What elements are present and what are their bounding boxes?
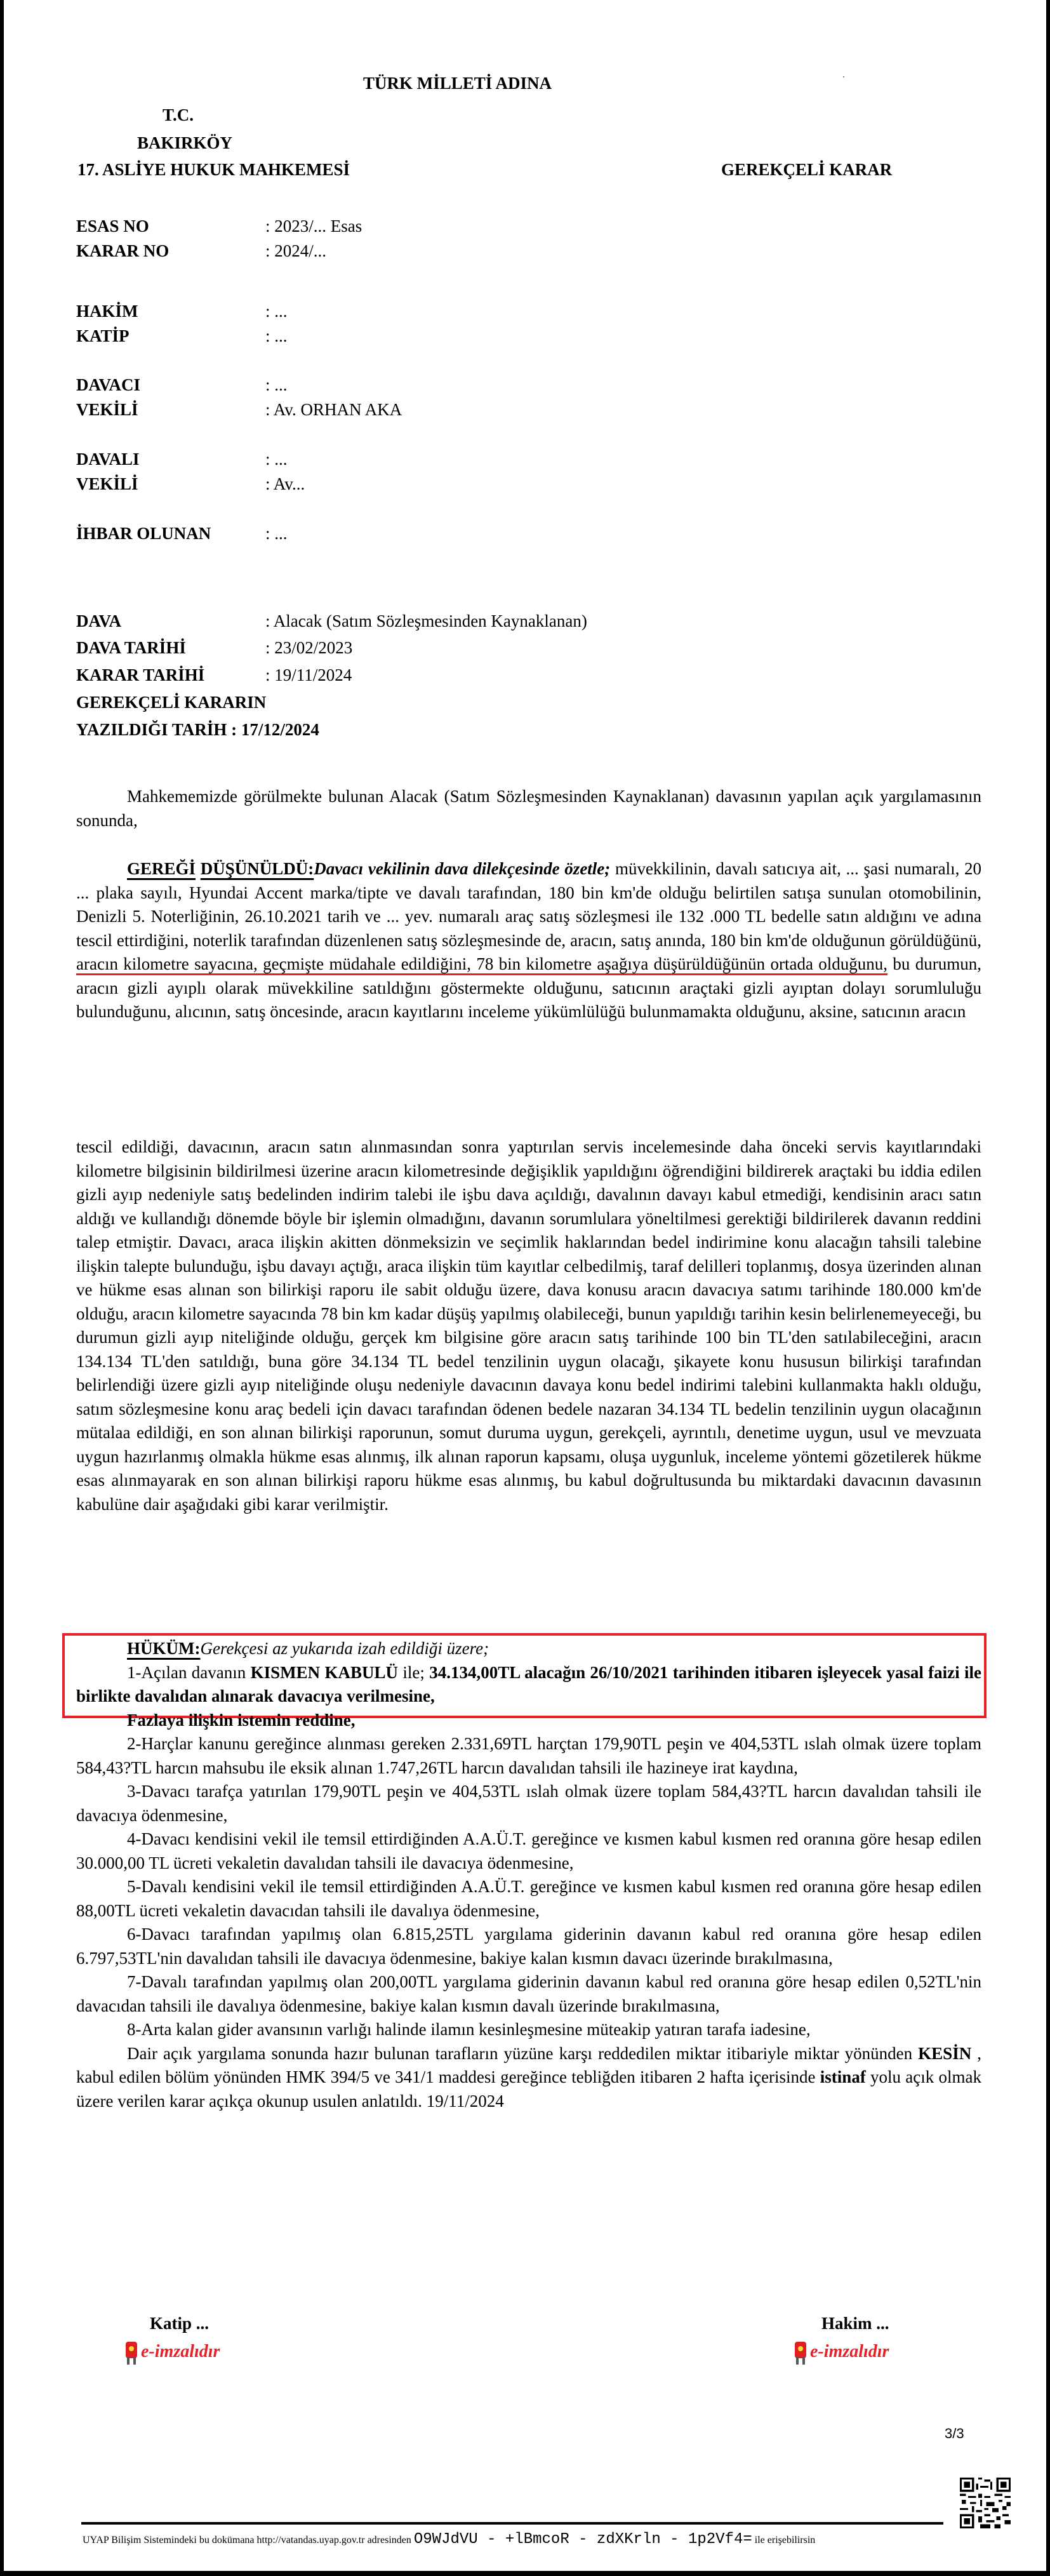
- verdict-item-4: 4-Davacı kendisini vekil ile temsil etti…: [76, 1827, 981, 1875]
- heading-geregi: GEREĞİ: [127, 859, 196, 878]
- reasoning-paragraph: GEREĞİ DÜŞÜNÜLDÜ:Davacı vekilinin dava d…: [76, 857, 981, 1024]
- verdict-item-2: 2-Harçlar kanunu gereğince alınması gere…: [76, 1732, 981, 1780]
- verdict-item-7: 7-Davalı tarafından yapılmış olan 200,00…: [76, 1970, 981, 2018]
- verdict-reject-line: Fazlaya ilişkin istemin reddine,: [76, 1709, 981, 1733]
- field-katip: KATİP: ...: [76, 326, 288, 345]
- field-davali: DAVALI: ...: [76, 450, 288, 469]
- footer-verification: UYAP Bilişim Sistemindeki bu dokümana ht…: [83, 2531, 815, 2548]
- field-ihbar-olunan: İHBAR OLUNAN: ...: [76, 524, 288, 543]
- intro-section: Mahkememizde görülmekte bulunan Alacak (…: [76, 785, 981, 832]
- field-hakim: HAKİM: ...: [76, 302, 288, 321]
- page-border-left: [0, 0, 4, 2576]
- e-signature-seal-icon: [124, 2339, 138, 2365]
- field-dava-tarihi: DAVA TARİHİ: 23/02/2023: [76, 638, 352, 657]
- court-name: 17. ASLİYE HUKUK MAHKEMESİ: [77, 160, 350, 180]
- field-yazildigi-tarih: YAZILDIĞI TARİH : 17/12/2024: [76, 720, 319, 739]
- qr-code-icon: [960, 2478, 1011, 2528]
- reasoning-section: GEREĞİ DÜŞÜNÜLDÜ:Davacı vekilinin dava d…: [76, 857, 981, 1024]
- footer-divider: [81, 2522, 943, 2525]
- verification-code: O9WJdVU - +lBmcoR - zdXKrln - 1p2Vf4=: [414, 2531, 752, 2548]
- clerk-esignature: e-imzalıdır: [124, 2339, 220, 2365]
- document-type: GEREKÇELİ KARAR: [721, 160, 892, 180]
- verdict-heading: HÜKÜM:Gerekçesi az yukarıda izah edildiğ…: [76, 1637, 981, 1661]
- field-davaci-vekili: VEKİLİ: Av. ORHAN AKA: [76, 400, 402, 419]
- field-gerekceli-kararin: GEREKÇELİ KARARIN: [76, 693, 265, 712]
- reasoning-continuation-paragraph: tescil edildiği, davacının, aracın satın…: [76, 1135, 981, 1516]
- field-karar-tarihi: KARAR TARİHİ: 19/11/2024: [76, 665, 352, 684]
- city-label: BAKIRKÖY: [137, 133, 232, 153]
- field-dava: DAVA: Alacak (Satım Sözleşmesinden Kayna…: [76, 611, 587, 631]
- page-border-bottom: [0, 2571, 1050, 2576]
- red-underlined-claim: aracın kilometre sayacına, geçmişte müda…: [76, 954, 887, 973]
- judge-esignature: e-imzalıdır: [794, 2339, 889, 2365]
- verdict-item-3: 3-Davacı tarafça yatırılan 179,90TL peşi…: [76, 1780, 981, 1827]
- verdict-section: HÜKÜM:Gerekçesi az yukarıda izah edildiğ…: [76, 1637, 981, 2113]
- field-davali-vekili: VEKİLİ: Av...: [76, 474, 305, 493]
- e-signature-seal-icon: [794, 2339, 807, 2365]
- claim-lead: Davacı vekilinin dava dilekçesinde özetl…: [314, 859, 610, 878]
- verdict-closing: Dair açık yargılama sonunda hazır buluna…: [76, 2042, 981, 2114]
- judge-signature-name: Hakim ...: [821, 2314, 889, 2333]
- field-karar-no: KARAR NO: 2024/...: [76, 241, 326, 260]
- scan-mark: [843, 76, 844, 77]
- verdict-item-5: 5-Davalı kendisini vekil ile temsil etti…: [76, 1875, 981, 1923]
- reasoning-continuation: tescil edildiği, davacının, aracın satın…: [76, 1135, 981, 1516]
- page-border-right: [1046, 0, 1050, 2576]
- national-title: TÜRK MİLLETİ ADINA: [363, 74, 552, 93]
- verdict-item-8: 8-Arta kalan gider avansının varlığı hal…: [76, 2018, 981, 2042]
- verdict-item-1: 1-Açılan davanın KISMEN KABULÜ ile; 34.1…: [76, 1661, 981, 1709]
- field-esas-no: ESAS NO: 2023/... Esas: [76, 217, 362, 236]
- field-davaci: DAVACI: ...: [76, 375, 288, 394]
- heading-dusunuldu: DÜŞÜNÜLDÜ:: [201, 859, 314, 878]
- intro-paragraph: Mahkememizde görülmekte bulunan Alacak (…: [76, 785, 981, 832]
- partial-acceptance: KISMEN KABULÜ: [251, 1663, 398, 1682]
- page-number: 3/3: [945, 2426, 964, 2442]
- country-label: T.C.: [163, 105, 194, 125]
- clerk-signature-name: Katip ...: [150, 2314, 209, 2333]
- verdict-item-6: 6-Davacı tarafından yapılmış olan 6.815,…: [76, 1923, 981, 1970]
